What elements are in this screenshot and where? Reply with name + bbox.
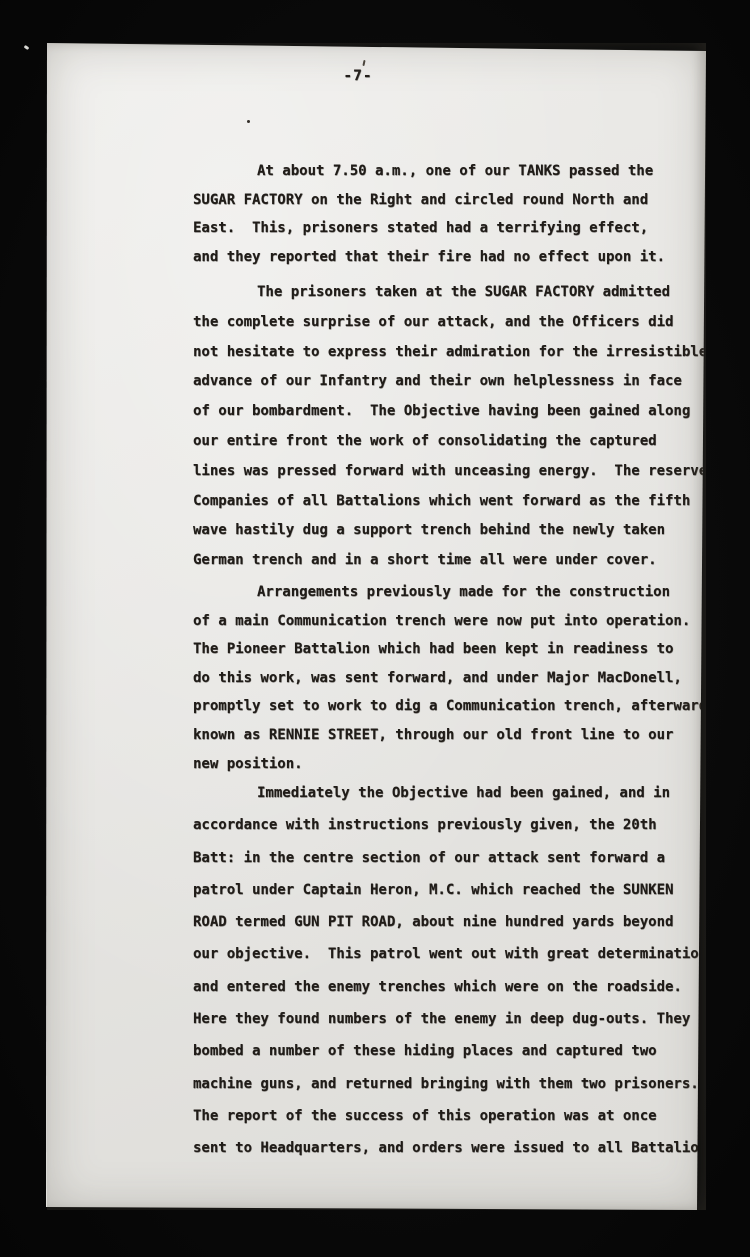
- text-line: The prisoners taken at the SUGAR FACTORY…: [193, 278, 723, 308]
- text-line: At about 7.50 a.m., one of our TANKS pas…: [193, 157, 723, 186]
- text-line: our entire front the work of consolidati…: [193, 427, 723, 457]
- text-line: wave hastily dug a support trench behind…: [193, 516, 723, 546]
- text-line: promptly set to work to dig a Communicat…: [193, 692, 723, 721]
- text-line: of a main Communication trench were now …: [193, 607, 723, 636]
- text-line: bombed a number of these hiding places a…: [193, 1035, 723, 1067]
- text-line: and they reported that their fire had no…: [193, 243, 723, 272]
- text-line: Here they found numbers of the enemy in …: [193, 1003, 723, 1035]
- text-line: accordance with instructions previously …: [193, 809, 723, 841]
- document-page: -7- At about 7.50 a.m., one of our TANKS…: [0, 0, 750, 1257]
- text-line: known as RENNIE STREET, through our old …: [193, 721, 723, 750]
- text-line: Companies of all Battalions which went f…: [193, 487, 723, 517]
- dust-speck: [24, 45, 30, 50]
- text-line: the complete surprise of our attack, and…: [193, 308, 723, 338]
- text-line: advance of our Infantry and their own he…: [193, 367, 723, 397]
- paragraph-4: Immediately the Objective had been gaine…: [193, 777, 723, 1165]
- ink-speck: [362, 60, 365, 66]
- ink-speck: [247, 120, 250, 123]
- text-line: The report of the success of this operat…: [193, 1100, 723, 1132]
- text-line: do this work, was sent forward, and unde…: [193, 664, 723, 693]
- text-line: sent to Headquarters, and orders were is…: [193, 1132, 723, 1164]
- paragraph-3: Arrangements previously made for the con…: [193, 578, 723, 778]
- page-number: -7-: [328, 68, 388, 84]
- paragraph-2: The prisoners taken at the SUGAR FACTORY…: [193, 278, 723, 576]
- text-line: and entered the enemy trenches which wer…: [193, 971, 723, 1003]
- text-line: Arrangements previously made for the con…: [193, 578, 723, 607]
- text-line: of our bombardment. The Objective having…: [193, 397, 723, 427]
- scan-background: -7- At about 7.50 a.m., one of our TANKS…: [0, 0, 750, 1257]
- text-line: patrol under Captain Heron, M.C. which r…: [193, 874, 723, 906]
- text-line: German trench and in a short time all we…: [193, 546, 723, 576]
- text-line: East. This, prisoners stated had a terri…: [193, 214, 723, 243]
- text-line: our objective. This patrol went out with…: [193, 938, 723, 970]
- text-line: not hesitate to express their admiration…: [193, 338, 723, 368]
- text-line: SUGAR FACTORY on the Right and circled r…: [193, 186, 723, 215]
- text-line: Batt: in the centre section of our attac…: [193, 842, 723, 874]
- paragraph-1: At about 7.50 a.m., one of our TANKS pas…: [193, 157, 723, 271]
- text-line: Immediately the Objective had been gaine…: [193, 777, 723, 809]
- text-line: ROAD termed GUN PIT ROAD, about nine hun…: [193, 906, 723, 938]
- text-line: The Pioneer Battalion which had been kep…: [193, 635, 723, 664]
- text-line: machine guns, and returned bringing with…: [193, 1068, 723, 1100]
- text-line: new position.: [193, 750, 723, 779]
- text-line: lines was pressed forward with unceasing…: [193, 457, 723, 487]
